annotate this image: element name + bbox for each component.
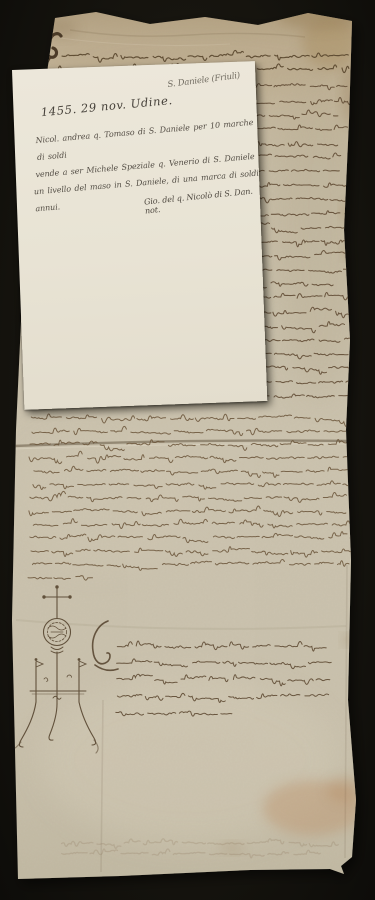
note-location-annotation: S. Daniele (Friuli)	[167, 71, 241, 90]
archivist-note: S. Daniele (Friuli) 1455. 29 nov. Udine.…	[12, 61, 267, 410]
archivist-note-text: S. Daniele (Friuli) 1455. 29 nov. Udine.…	[9, 59, 271, 412]
note-date: 1455. 29 nov. Udine.	[40, 93, 173, 119]
photo-stage: S. Daniele (Friuli) 1455. 29 nov. Udine.…	[0, 0, 375, 900]
